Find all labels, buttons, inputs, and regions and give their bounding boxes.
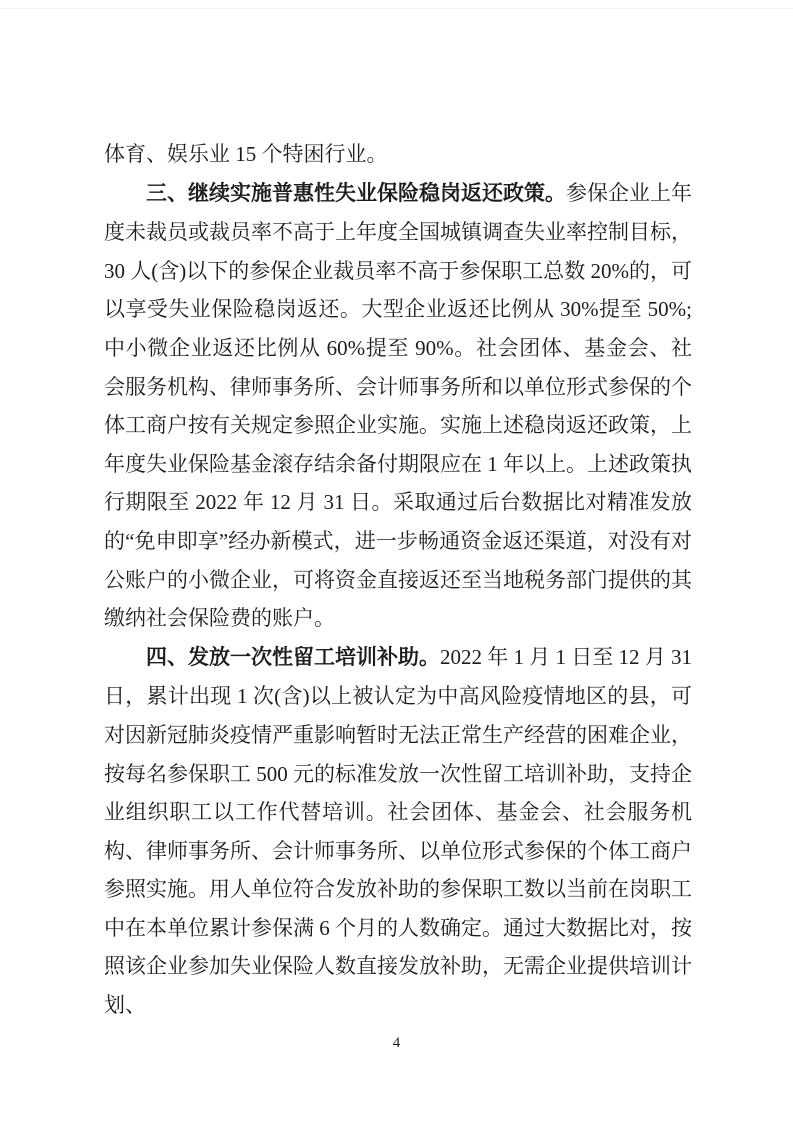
page-number: 4 <box>0 1034 793 1052</box>
paragraph-text: 2022 年 1 月 1 日至 12 月 31 日，累计出现 1 次(含)以上被… <box>104 645 692 1017</box>
paragraph-text: 体育、娱乐业 15 个特困行业。 <box>104 142 388 166</box>
section-heading: 三、继续实施普惠性失业保险稳岗返还政策。 <box>146 182 566 205</box>
paragraph-section-4: 四、发放一次性留工培训补助。2022 年 1 月 1 日至 12 月 31 日，… <box>104 638 692 1025</box>
paragraph-section-3: 三、继续实施普惠性失业保险稳岗返还政策。参保企业上年度未裁员或裁员率不高于上年度… <box>104 174 692 638</box>
paragraph-text: 参保企业上年度未裁员或裁员率不高于上年度全国城镇调查失业率控制目标，30 人(含… <box>104 181 692 631</box>
section-heading: 四、发放一次性留工培训补助。 <box>146 646 440 669</box>
document-page: 体育、娱乐业 15 个特困行业。 三、继续实施普惠性失业保险稳岗返还政策。参保企… <box>0 0 793 1122</box>
paragraph-continuation: 体育、娱乐业 15 个特困行业。 <box>104 135 692 174</box>
document-body: 体育、娱乐业 15 个特困行业。 三、继续实施普惠性失业保险稳岗返还政策。参保企… <box>104 135 692 1025</box>
scan-artifact-line <box>0 8 793 9</box>
